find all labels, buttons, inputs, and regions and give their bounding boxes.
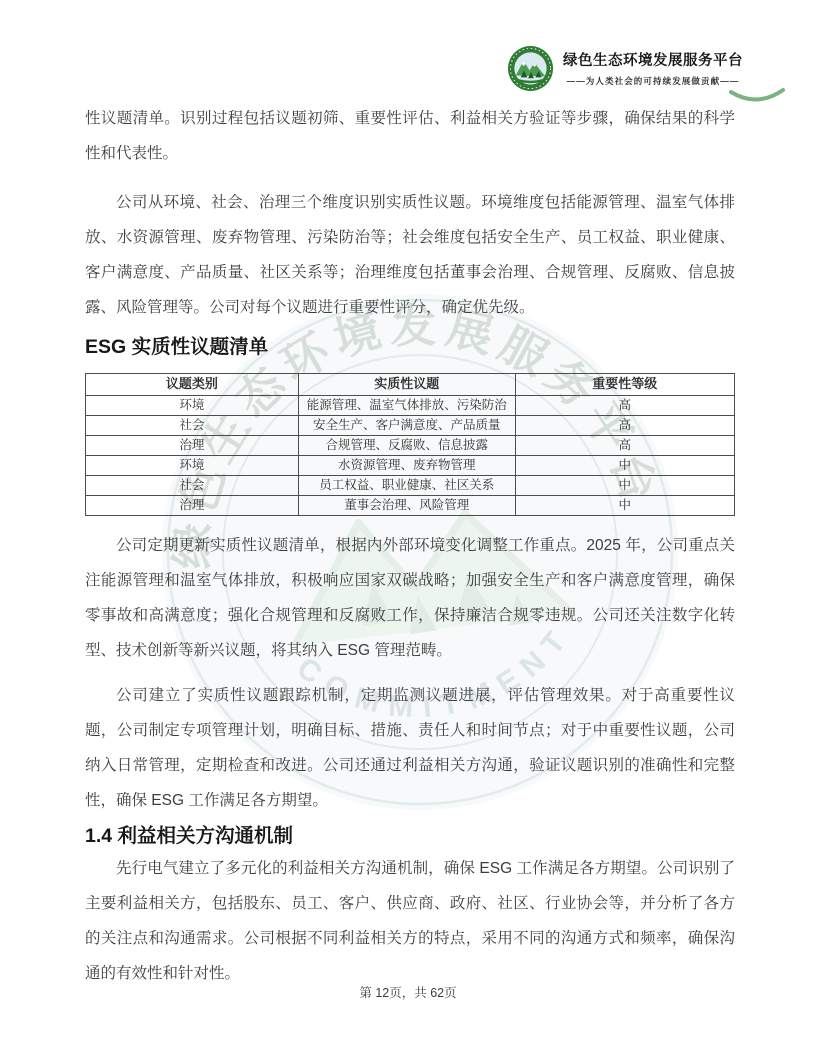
brand-text-block: 绿色生态环境发展服务平台 ——为人类社会的可持续发展做贡献—— [563, 51, 743, 87]
table-section-title: ESG 实质性议题清单 [85, 334, 735, 360]
cell-category: 治理 [86, 436, 299, 456]
paragraph-stakeholder: 先行电气建立了多元化的利益相关方沟通机制，确保 ESG 工作满足各方期望。公司识… [85, 851, 735, 991]
page-header: 绿色生态环境发展服务平台 ——为人类社会的可持续发展做贡献—— [507, 45, 743, 92]
brand-tagline: ——为人类社会的可持续发展做贡献—— [567, 75, 740, 87]
cell-category: 治理 [86, 496, 299, 516]
cell-issue: 员工权益、职业健康、社区关系 [298, 476, 515, 496]
cell-importance: 高 [515, 416, 734, 436]
table-row: 治理 董事会治理、风险管理 中 [86, 496, 735, 516]
document-content: 性议题清单。识别过程包括议题初筛、重要性评估、利益相关方验证等步骤，确保结果的科… [85, 0, 735, 991]
cell-category: 社会 [86, 476, 299, 496]
page-number-footer: 第 12页，共 62页 [0, 983, 816, 1001]
cell-importance: 中 [515, 496, 734, 516]
paragraph-issue-tracking: 公司建立了实质性议题跟踪机制，定期监测议题进展，评估管理效果。对于高重要性议题，… [85, 678, 735, 818]
cell-importance: 高 [515, 396, 734, 416]
brand-title: 绿色生态环境发展服务平台 [563, 51, 743, 71]
table-row: 社会 安全生产、客户满意度、产品质量 高 [86, 416, 735, 436]
cell-category: 环境 [86, 456, 299, 476]
paragraph-continuation: 性议题清单。识别过程包括议题初筛、重要性评估、利益相关方验证等步骤，确保结果的科… [85, 101, 735, 171]
table-row: 环境 水资源管理、废弃物管理 中 [86, 456, 735, 476]
cell-issue: 合规管理、反腐败、信息披露 [298, 436, 515, 456]
table-header-issue: 实质性议题 [298, 374, 515, 396]
table-header-category: 议题类别 [86, 374, 299, 396]
paragraph-issue-update: 公司定期更新实质性议题清单，根据内外部环境变化调整工作重点。2025 年，公司重… [85, 528, 735, 668]
brand-logo-icon [507, 45, 554, 92]
table-row: 治理 合规管理、反腐败、信息披露 高 [86, 436, 735, 456]
cell-issue: 水资源管理、废弃物管理 [298, 456, 515, 476]
cell-issue: 能源管理、温室气体排放、污染防治 [298, 396, 515, 416]
cell-importance: 高 [515, 436, 734, 456]
cell-category: 环境 [86, 396, 299, 416]
table-header-row: 议题类别 实质性议题 重要性等级 [86, 374, 735, 396]
esg-materiality-table: 议题类别 实质性议题 重要性等级 环境 能源管理、温室气体排放、污染防治 高 社… [85, 373, 735, 516]
paragraph-esg-dimensions: 公司从环境、社会、治理三个维度识别实质性议题。环境维度包括能源管理、温室气体排放… [85, 185, 735, 325]
cell-category: 社会 [86, 416, 299, 436]
cell-importance: 中 [515, 476, 734, 496]
cell-issue: 董事会治理、风险管理 [298, 496, 515, 516]
table-row: 社会 员工权益、职业健康、社区关系 中 [86, 476, 735, 496]
section-title-1-4: 1.4 利益相关方沟通机制 [85, 823, 735, 849]
document-page: 绿色生态环境发展服务平台 COMMITMENT [0, 0, 816, 1056]
cell-importance: 中 [515, 456, 734, 476]
table-row: 环境 能源管理、温室气体排放、污染防治 高 [86, 396, 735, 416]
table-header-importance: 重要性等级 [515, 374, 734, 396]
cell-issue: 安全生产、客户满意度、产品质量 [298, 416, 515, 436]
